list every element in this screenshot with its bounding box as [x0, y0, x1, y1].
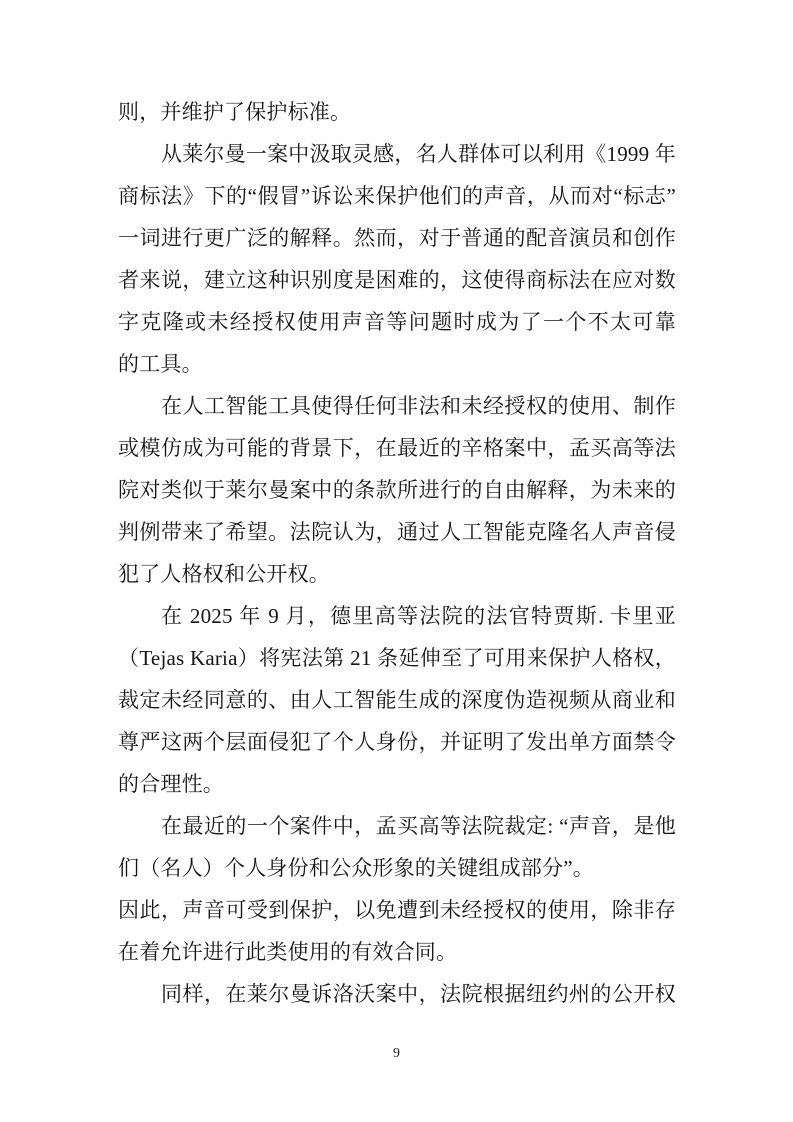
text-line: 们（名人）个人身份和公众形象的关键组成部分”。	[118, 847, 676, 889]
text-line: 则，并维护了保护标准。	[118, 91, 676, 133]
text-line: 在着允许进行此类使用的有效合同。	[118, 931, 676, 973]
text-line: 一词进行更广泛的解释。然而，对于普通的配音演员和创作	[118, 217, 676, 259]
text-line: 在人工智能工具使得任何非法和未经授权的使用、制作	[118, 385, 676, 427]
document-body: 则，并维护了保护标准。 从莱尔曼一案中汲取灵感，名人群体可以利用《1999 年 …	[118, 91, 676, 1015]
text-line: 的工具。	[118, 343, 676, 385]
text-line: 字克隆或未经授权使用声音等问题时成为了一个不太可靠	[118, 301, 676, 343]
text-line: 在最近的一个案件中，孟买高等法院裁定: “声音，是他	[118, 805, 676, 847]
text-line: 犯了人格权和公开权。	[118, 553, 676, 595]
page-number: 9	[0, 1044, 793, 1064]
text-line: 或模仿成为可能的背景下，在最近的辛格案中，孟买高等法	[118, 427, 676, 469]
text-line: 的合理性。	[118, 763, 676, 805]
text-line: 同样，在莱尔曼诉洛沃案中，法院根据纽约州的公开权	[118, 973, 676, 1015]
text-line: 者来说，建立这种识别度是困难的，这使得商标法在应对数	[118, 259, 676, 301]
text-line: 从莱尔曼一案中汲取灵感，名人群体可以利用《1999 年	[118, 133, 676, 175]
text-line: 尊严这两个层面侵犯了个人身份，并证明了发出单方面禁令	[118, 721, 676, 763]
text-line: 裁定未经同意的、由人工智能生成的深度伪造视频从商业和	[118, 679, 676, 721]
text-line: 院对类似于莱尔曼案中的条款所进行的自由解释，为未来的	[118, 469, 676, 511]
text-line: 判例带来了希望。法院认为，通过人工智能克隆名人声音侵	[118, 511, 676, 553]
text-line: （Tejas Karia）将宪法第 21 条延伸至了可用来保护人格权，	[118, 637, 676, 679]
text-line: 商标法》下的“假冒”诉讼来保护他们的声音，从而对“标志”	[118, 175, 676, 217]
text-line: 在 2025 年 9 月，德里高等法院的法官特贾斯. 卡里亚	[118, 595, 676, 637]
text-line: 因此，声音可受到保护，以免遭到未经授权的使用，除非存	[118, 889, 676, 931]
document-page: 则，并维护了保护标准。 从莱尔曼一案中汲取灵感，名人群体可以利用《1999 年 …	[0, 0, 793, 1122]
